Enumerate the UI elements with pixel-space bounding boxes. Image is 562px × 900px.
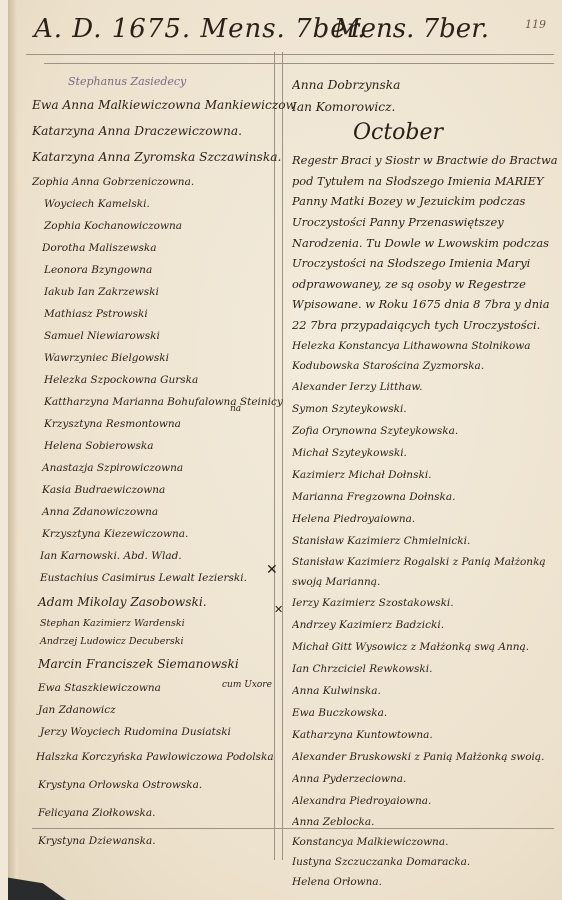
list-item: Wawrzyniec Bielgowski [32, 347, 294, 369]
header-right: Mens. 7ber. [334, 14, 489, 44]
list-item: Helena Piedroyaiowna. [292, 508, 562, 530]
list-item: Stanisław Kazimierz Chmielnicki. [292, 530, 562, 552]
page-number: 119 [525, 18, 546, 31]
list-item: Felicyana Ziołkowska. [32, 799, 294, 827]
margin-note-cum-uxore: cum Uxore [222, 680, 272, 690]
left-column: Stephanus Zasiedecy Ewa Anna Malkiewiczo… [32, 72, 294, 855]
list-item: Helezka Szpockowna Gurska [32, 369, 294, 391]
header-left: A. D. 1675. Mens. 7ber. [34, 14, 367, 44]
list-item: Anna Kulwinska. [292, 680, 562, 702]
list-item: Helena Orłowna. [292, 872, 562, 892]
register-intro-paragraph: Regestr Braci y Siostr w Bractwie do Bra… [292, 150, 562, 335]
list-item: Michał Szyteykowski. [292, 442, 562, 464]
list-item: Krzysztyna Kiezewiczowna. [32, 523, 294, 545]
list-item: Iustyna Szczuczanka Domaracka. [292, 852, 562, 872]
list-item: Kattharzyna Marianna Bohufalowna Steinic… [32, 391, 294, 413]
list-item: Anna Zeblocka. [292, 812, 562, 832]
header-rule-bottom [44, 63, 554, 64]
list-item: Halszka Korczyńska Pawlowiczowa Podolska [32, 743, 294, 771]
list-item: Alexandra Piedroyaiowna. [292, 790, 562, 812]
list-item: Mathiasz Pstrowski [32, 303, 294, 325]
list-item: Anastazja Szpirowiczowna [32, 457, 294, 479]
list-item: Zofia Orynowna Szyteykowska. [292, 420, 562, 442]
right-column: Anna Dobrzynska Ian Komorowicz. October … [292, 72, 562, 892]
list-item: Dorotha Maliszewska [32, 237, 294, 259]
list-item: Eustachius Casimirus Lewalt Iezierski. [32, 567, 294, 589]
book-spine [8, 0, 18, 900]
list-item: Ian Karnowski. Abd. Wlad. [32, 545, 294, 567]
list-item: Katarzyna Anna Zyromska Szczawinska. [32, 144, 294, 170]
list-item: Marianna Fregzowna Dołnska. [292, 486, 562, 508]
cross-mark-icon: ✕ [274, 603, 283, 616]
list-item: Katharzyna Kuntowtowna. [292, 724, 562, 746]
list-item: Katarzyna Anna Draczewiczowna. [32, 118, 294, 144]
list-item: Adam Mikolay Zasobowski. [32, 589, 294, 615]
list-item: Kazimierz Michał Dołnski. [292, 464, 562, 486]
list-item: Samuel Niewiarowski [32, 325, 294, 347]
month-heading: October [292, 116, 562, 150]
list-item: Zophia Kochanowiczowna [32, 215, 294, 237]
list-item: Ewa Buczkowska. [292, 702, 562, 724]
page-header: A. D. 1675. Mens. 7ber. Mens. 7ber. 119 [34, 14, 552, 50]
list-item: Alexander Ierzy Litthaw. [292, 376, 562, 398]
manuscript-page: A. D. 1675. Mens. 7ber. Mens. 7ber. 119 … [8, 0, 562, 900]
list-item: Anna Pyderzeciowna. [292, 768, 562, 790]
list-item: Zophia Anna Gobrzeniczowna. [32, 171, 294, 193]
list-item: Ian Chrzciciel Rewkowski. [292, 658, 562, 680]
list-item: Konstancya Malkiewiczowna. [292, 832, 562, 852]
list-item: Symon Szyteykowski. [292, 398, 562, 420]
list-item: Helena Sobierowska [32, 435, 294, 457]
list-item: Jerzy Woyciech Rudomina Dusiatski [32, 721, 294, 743]
left-column-heading: Stephanus Zasiedecy [32, 72, 294, 92]
list-item: Anna Dobrzynska [292, 72, 562, 98]
list-item: Michał Gitt Wysowicz z Małżonką swą Anną… [292, 636, 562, 658]
list-item: Marcin Franciszek Siemanowski [32, 651, 294, 677]
list-item: Leonora Bzyngowna [32, 259, 294, 281]
list-item: Iakub Ian Zakrzewski [32, 281, 294, 303]
header-rule-top [26, 54, 554, 55]
list-item: Krystyna Orlowska Ostrowska. [32, 771, 294, 799]
margin-note-na: na [230, 404, 241, 414]
list-item: Helezka Konstancya Lithawowna Stolnikowa… [292, 336, 562, 376]
list-item: Stanisław Kazimierz Rogalski z Panią Mał… [292, 552, 562, 592]
list-item: Jan Zdanowicz [32, 699, 294, 721]
list-item: Woyciech Kamelski. [32, 193, 294, 215]
list-item: Anna Zdanowiczowna [32, 501, 294, 523]
list-item: Krzysztyna Resmontowna [32, 413, 294, 435]
list-item: Krystyna Dziewanska. [32, 827, 294, 855]
list-item: Kasia Budraewiczowna [32, 479, 294, 501]
list-item: Ierzy Kazimierz Szostakowski. [292, 592, 562, 614]
list-item: Andrzej Ludowicz Decuberski [32, 633, 294, 651]
list-item: Ewa Anna Malkiewiczowna Mankiewiczowa. [32, 92, 294, 118]
list-item: Andrzey Kazimierz Badzicki. [292, 614, 562, 636]
list-item: Alexander Bruskowski z Panią Małżonką sw… [292, 746, 562, 768]
list-item: Stephan Kazimierz Wardenski [32, 615, 294, 633]
cross-mark-icon: ✕ [266, 562, 278, 578]
list-item: Ian Komorowicz. [292, 98, 562, 116]
